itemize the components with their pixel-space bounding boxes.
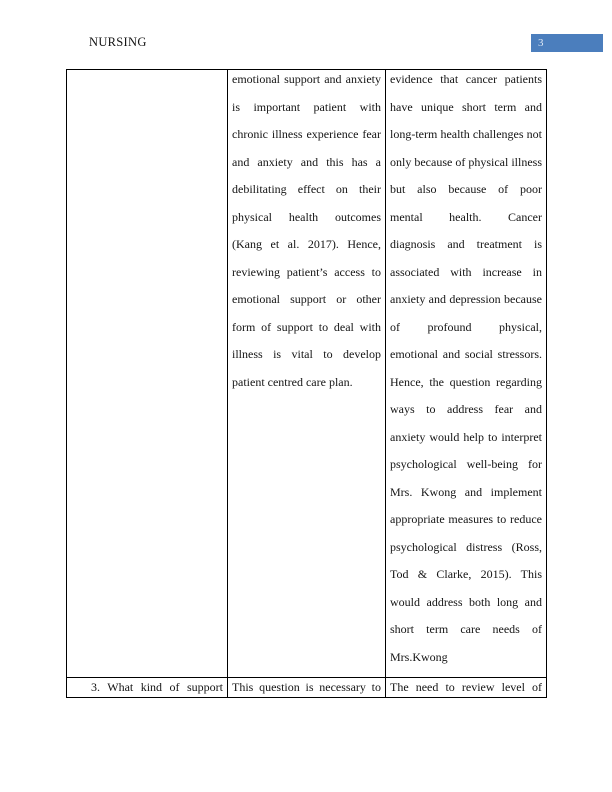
table-row: 3. What kind of support This question is… (67, 678, 547, 698)
page-number: 3 (531, 34, 603, 52)
cell-evidence-start: The need to review level of (386, 678, 547, 698)
cell-text: 3. What kind of support (91, 680, 223, 694)
document-page: NURSING 3 emotional support and anxiety … (0, 0, 612, 792)
table-row: emotional support and anxiety is importa… (67, 70, 547, 678)
cell-text: evidence that cancer patients have uniqu… (390, 70, 542, 672)
cell-evidence: evidence that cancer patients have uniqu… (386, 70, 547, 678)
cell-text: This question is necessary to (232, 680, 381, 694)
content-table: emotional support and anxiety is importa… (66, 69, 547, 698)
cell-text: emotional support and anxiety is importa… (232, 70, 381, 397)
page-header-title: NURSING (89, 35, 147, 50)
cell-text: The need to review level of (390, 680, 542, 694)
cell-rationale-start: This question is necessary to (228, 678, 386, 698)
cell-question-3: 3. What kind of support (67, 678, 228, 698)
cell-rationale: emotional support and anxiety is importa… (228, 70, 386, 678)
page-number-badge: 3 (531, 34, 603, 52)
cell-question-empty (67, 70, 228, 678)
